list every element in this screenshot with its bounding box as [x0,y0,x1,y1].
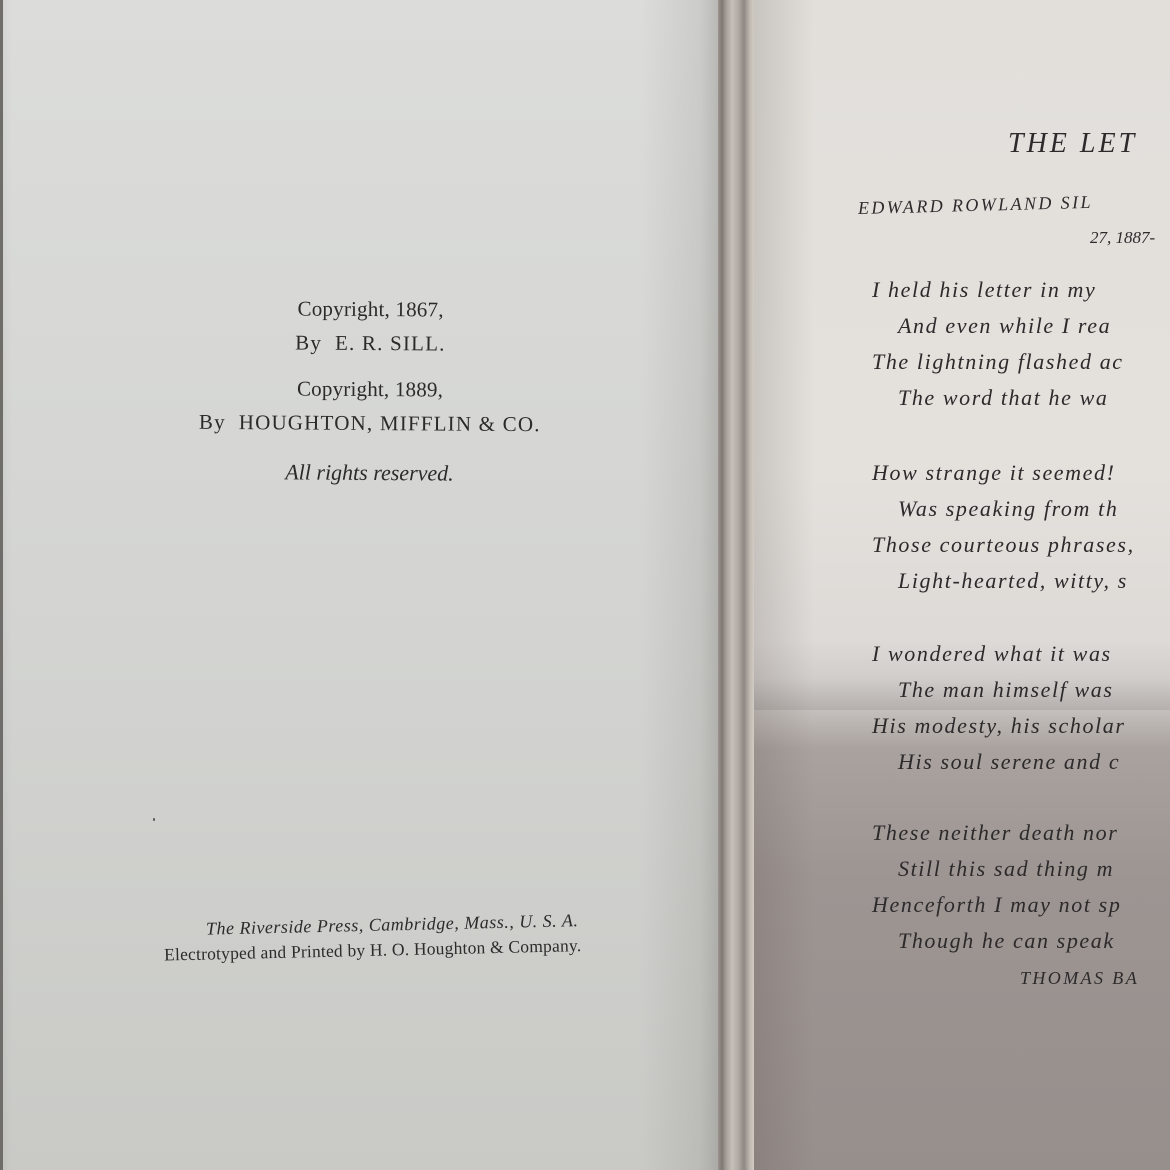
holder-name: E. R. SILL. [335,331,446,356]
printer-imprint: The Riverside Press, Cambridge, Mass., U… [99,906,645,968]
stanza-1: I held his letter in my And even while I… [872,272,1124,416]
poem-line: Still this sad thing m [872,851,1121,887]
copyright-line-1: Copyright, 1867, [151,290,591,327]
copyright-block: Copyright, 1867, By E. R. SILL. Copyrigh… [149,290,590,509]
poem-line: Light-hearted, witty, s [872,563,1135,599]
poem-dedication: EDWARD ROWLAND SIL [858,192,1093,219]
book-gutter [718,0,754,1170]
copyright-holder-1: By E. R. SILL. [150,324,590,361]
copyright-line-2: Copyright, 1889, [150,370,590,407]
stanza-3: I wondered what it was The man himself w… [872,636,1126,780]
poem-date: 27, 1887- [1090,228,1155,248]
open-book-photo: Copyright, 1867, By E. R. SILL. Copyrigh… [0,0,1170,1170]
stanza-2: How strange it seemed! Was speaking from… [872,455,1135,599]
poem-line: These neither death nor [872,815,1121,851]
poem-line: Was speaking from th [872,491,1135,527]
gutter-shadow [754,0,814,1170]
poem-line: Henceforth I may not sp [872,887,1121,923]
left-page-copyright: Copyright, 1867, By E. R. SILL. Copyrigh… [0,0,718,1170]
poem-line: Those courteous phrases, [872,527,1135,563]
by-prefix: By [199,410,226,434]
copyright-holder-2: By HOUGHTON, MIFFLIN & CO. [150,404,590,441]
poem-author-signature: THOMAS BA [1020,968,1139,989]
paper-speck [153,818,155,821]
page-edge [0,0,3,1170]
holder-name: HOUGHTON, MIFFLIN & CO. [239,410,541,436]
by-prefix: By [295,330,322,354]
poem-line: I wondered what it was [872,636,1126,672]
poem-line: The lightning flashed ac [872,344,1124,380]
poem-line: The word that he wa [872,380,1124,416]
stanza-4: These neither death nor Still this sad t… [872,815,1121,959]
poem-line: The man himself was [872,672,1126,708]
poem-title: THE LET [1008,128,1137,160]
poem-line: His modesty, his scholar [872,708,1126,744]
poem-line: His soul serene and c [872,744,1126,780]
poem-line: And even while I rea [872,308,1124,344]
poem-line: How strange it seemed! [872,455,1135,491]
poem-line: I held his letter in my [872,272,1124,308]
poem-line: Though he can speak [872,923,1121,959]
rights-statement: All rights reserved. [149,458,589,487]
right-page-poem: THE LET EDWARD ROWLAND SIL 27, 1887- I h… [754,0,1170,1170]
